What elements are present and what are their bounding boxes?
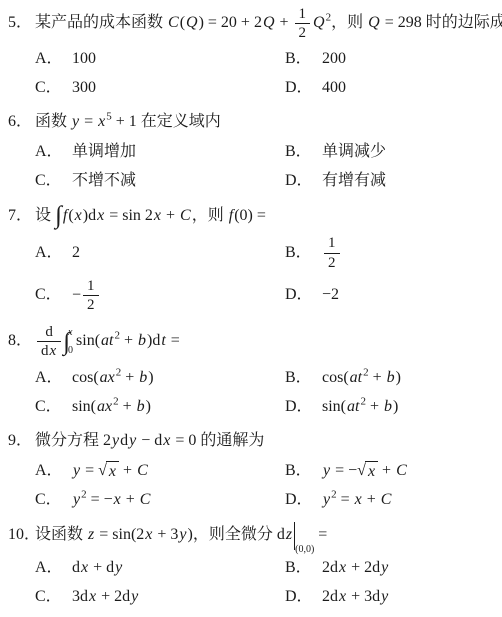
math-text: + 1 在定义域内 bbox=[112, 113, 221, 130]
math-variable: b bbox=[136, 398, 146, 415]
option-content: 2 bbox=[72, 242, 80, 264]
option-row: A． 2 bbox=[35, 235, 285, 270]
square-root: √x bbox=[357, 461, 378, 481]
math-text: + d bbox=[89, 559, 114, 576]
math-text: 2 bbox=[72, 244, 80, 261]
fraction-denominator: 2 bbox=[83, 296, 99, 313]
option-label: D． bbox=[285, 284, 322, 306]
option-row: D． 2dx + 3dy bbox=[285, 586, 494, 608]
option-grid: A． dx + dy B． 2dx + 2dy C． 3dx + 2dy D． … bbox=[35, 557, 494, 608]
math-variable: at bbox=[100, 332, 114, 349]
math-text: ，则 bbox=[192, 207, 228, 224]
math-text: + bbox=[378, 462, 395, 479]
question-number: 5． bbox=[8, 11, 35, 35]
option-label: B． bbox=[285, 48, 322, 70]
question-stem: 设函数 z = sin(2x + 3y)，则全微分 dz(0,0) = bbox=[35, 526, 327, 543]
math-text: (0) = bbox=[234, 207, 266, 224]
integral-limits: x0 bbox=[68, 328, 73, 356]
option-row: B． y = −√x + C bbox=[285, 460, 494, 482]
math-text: 400 bbox=[322, 79, 346, 96]
math-text: sin( bbox=[76, 332, 100, 349]
option-content: y2 = −x + C bbox=[72, 489, 151, 511]
option-content: sin(at2 + b) bbox=[322, 396, 398, 418]
option-row: B． cos(at2 + b) bbox=[285, 367, 494, 389]
math-variable: b bbox=[137, 332, 147, 349]
math-variable: y bbox=[178, 526, 187, 543]
question-block: 9．微分方程 2ydy − dx = 0 的通解为 A． y = √x + C … bbox=[8, 429, 494, 511]
math-variable: y bbox=[380, 588, 389, 605]
math-text: + bbox=[369, 369, 386, 386]
math-text: = sin 2 bbox=[105, 207, 153, 224]
option-row: B． 2dx + 2dy bbox=[285, 557, 494, 579]
math-variable: x bbox=[113, 491, 122, 508]
math-text: sin( bbox=[322, 398, 346, 415]
math-variable: C bbox=[395, 462, 408, 479]
math-variable: x bbox=[49, 343, 58, 359]
option-row: D． 400 bbox=[285, 77, 494, 99]
math-text: + 2d bbox=[347, 559, 380, 576]
math-text: d bbox=[41, 343, 49, 359]
option-content: 2dx + 3dy bbox=[322, 586, 389, 608]
math-text: + bbox=[363, 491, 380, 508]
math-variable: Q bbox=[262, 14, 276, 31]
option-row: D． 有增有减 bbox=[285, 170, 494, 192]
math-variable: y bbox=[114, 559, 123, 576]
question-stem-row: 6．函数 y = x5 + 1 在定义域内 bbox=[8, 110, 494, 134]
option-content: dx + dy bbox=[72, 557, 123, 579]
math-text: 1 bbox=[87, 278, 95, 294]
math-variable: b bbox=[386, 369, 396, 386]
question-stem-row: 10．设函数 z = sin(2x + 3y)，则全微分 dz(0,0) = bbox=[8, 522, 494, 550]
fraction-denominator: 2 bbox=[295, 24, 311, 41]
option-content: 不增不减 bbox=[72, 170, 136, 192]
math-text: 3d bbox=[72, 588, 88, 605]
fraction-numerator: 1 bbox=[83, 278, 99, 296]
question-number: 10． bbox=[8, 523, 35, 547]
math-fraction: 12 bbox=[83, 278, 99, 313]
math-text: 200 bbox=[322, 50, 346, 67]
math-variable: x bbox=[108, 463, 117, 480]
question-stem: 微分方程 2ydy − dx = 0 的通解为 bbox=[35, 432, 264, 449]
square-root: √x bbox=[98, 461, 119, 481]
option-row: A． 100 bbox=[35, 48, 285, 70]
fraction-denominator: 2 bbox=[324, 254, 340, 271]
option-row: A． dx + dy bbox=[35, 557, 285, 579]
math-variable: y bbox=[72, 491, 81, 508]
option-content: 3dx + 2dy bbox=[72, 586, 139, 608]
math-variable: Q bbox=[312, 14, 326, 31]
option-label: D． bbox=[285, 586, 322, 608]
option-content: 12 bbox=[322, 235, 342, 270]
math-variable: C bbox=[136, 462, 149, 479]
option-label: A． bbox=[35, 141, 72, 163]
math-variable: x bbox=[338, 588, 347, 605]
option-label: B． bbox=[285, 367, 322, 389]
option-row: C． 不增不减 bbox=[35, 170, 285, 192]
math-text: 设函数 bbox=[35, 526, 87, 543]
option-label: D． bbox=[285, 170, 322, 192]
option-grid: A． 100 B． 200 C． 300 D． 400 bbox=[35, 48, 494, 99]
math-text: 2d bbox=[322, 559, 338, 576]
option-row: A． y = √x + C bbox=[35, 460, 285, 482]
math-text: cos( bbox=[322, 369, 349, 386]
math-variable: z bbox=[87, 526, 95, 543]
radicand: x bbox=[365, 461, 378, 481]
question-block: 5．某产品的成本函数 C(Q) = 20 + 2Q + 12Q2，则 Q = 2… bbox=[8, 6, 494, 99]
math-text: ) bbox=[148, 369, 153, 386]
math-variable: b bbox=[138, 369, 148, 386]
math-text: − d bbox=[137, 432, 162, 449]
math-text: sin( bbox=[72, 398, 96, 415]
option-row: C． −12 bbox=[35, 278, 285, 313]
math-variable: x bbox=[162, 432, 171, 449]
math-text: + bbox=[121, 369, 138, 386]
math-text: )d bbox=[147, 332, 160, 349]
option-content: 400 bbox=[322, 77, 346, 99]
option-label: B． bbox=[285, 242, 322, 264]
fraction-numerator: 1 bbox=[324, 235, 340, 253]
option-label: A． bbox=[35, 48, 72, 70]
integral-upper-limit: x bbox=[68, 328, 73, 338]
math-text: + bbox=[276, 14, 293, 31]
option-label: B． bbox=[285, 460, 322, 482]
option-content: −2 bbox=[322, 284, 339, 306]
option-label: C． bbox=[35, 170, 72, 192]
question-block: 10．设函数 z = sin(2x + 3y)，则全微分 dz(0,0) = A… bbox=[8, 522, 494, 608]
option-row: A． cos(ax2 + b) bbox=[35, 367, 285, 389]
question-number: 7． bbox=[8, 204, 35, 228]
math-text: 微分方程 2 bbox=[35, 432, 111, 449]
math-text: + bbox=[119, 462, 136, 479]
math-text: + bbox=[122, 491, 139, 508]
math-variable: y bbox=[130, 588, 139, 605]
option-label: C． bbox=[35, 77, 72, 99]
question-stem-row: 9．微分方程 2ydy − dx = 0 的通解为 bbox=[8, 429, 494, 453]
math-text: 1 bbox=[328, 235, 336, 251]
question-stem: 某产品的成本函数 C(Q) = 20 + 2Q + 12Q2，则 Q = 298… bbox=[35, 14, 502, 31]
option-content: 300 bbox=[72, 77, 96, 99]
math-text: + 3 bbox=[153, 526, 178, 543]
math-text: 单调增加 bbox=[72, 143, 136, 160]
math-text: + bbox=[120, 332, 137, 349]
option-label: C． bbox=[35, 396, 72, 418]
question-number: 6． bbox=[8, 110, 35, 134]
option-content: y = √x + C bbox=[72, 460, 149, 482]
math-text: = 298 时的边际成本为 bbox=[381, 14, 502, 31]
math-variable: at bbox=[349, 369, 363, 386]
option-row: B． 200 bbox=[285, 48, 494, 70]
math-text: = bbox=[314, 526, 327, 543]
option-row: C． 3dx + 2dy bbox=[35, 586, 285, 608]
math-variable: y bbox=[72, 462, 81, 479]
question-stem-row: 5．某产品的成本函数 C(Q) = 20 + 2Q + 12Q2，则 Q = 2… bbox=[8, 6, 494, 41]
math-variable: x bbox=[74, 207, 83, 224]
math-text: 2d bbox=[322, 588, 338, 605]
math-variable: y bbox=[322, 491, 331, 508]
math-variable: y bbox=[128, 432, 137, 449]
math-text: = 0 的通解为 bbox=[171, 432, 264, 449]
math-variable: b bbox=[383, 398, 393, 415]
option-label: C． bbox=[35, 284, 72, 306]
option-grid: A． 2 B． 12 C． −12 D． −2 bbox=[35, 235, 494, 313]
math-text: 不增不减 bbox=[72, 172, 136, 189]
math-text: 有增有减 bbox=[322, 172, 386, 189]
option-label: D． bbox=[285, 489, 322, 511]
math-text: 1 bbox=[299, 6, 307, 22]
math-variable: C bbox=[179, 207, 192, 224]
math-text: = bbox=[81, 462, 98, 479]
math-variable: at bbox=[346, 398, 360, 415]
math-fraction: 12 bbox=[295, 6, 311, 41]
option-content: y = −√x + C bbox=[322, 460, 408, 482]
math-text: d bbox=[72, 559, 80, 576]
math-text: = bbox=[80, 113, 97, 130]
option-label: C． bbox=[35, 586, 72, 608]
exam-page: { "page": { "background": "#ffffff", "te… bbox=[0, 0, 502, 617]
option-content: 有增有减 bbox=[322, 170, 386, 192]
math-text: + 3d bbox=[347, 588, 380, 605]
question-number: 8． bbox=[8, 329, 35, 353]
math-text: cos( bbox=[72, 369, 99, 386]
option-row: A． 单调增加 bbox=[35, 141, 285, 163]
math-text: 100 bbox=[72, 50, 96, 67]
option-row: C． 300 bbox=[35, 77, 285, 99]
question-list: 5．某产品的成本函数 C(Q) = 20 + 2Q + 12Q2，则 Q = 2… bbox=[8, 6, 494, 608]
math-text: − bbox=[72, 286, 81, 303]
option-grid: A． y = √x + C B． y = −√x + C C． y2 = −x … bbox=[35, 460, 494, 511]
integral-lower-limit: 0 bbox=[68, 346, 73, 356]
math-text: 函数 bbox=[35, 113, 71, 130]
option-content: 100 bbox=[72, 48, 96, 70]
math-variable: Q bbox=[185, 14, 199, 31]
math-variable: C bbox=[139, 491, 152, 508]
math-text: 单调减少 bbox=[322, 143, 386, 160]
math-text: = bbox=[167, 332, 180, 349]
option-content: cos(at2 + b) bbox=[322, 367, 401, 389]
math-variable: y bbox=[380, 559, 389, 576]
math-variable: C bbox=[380, 491, 393, 508]
math-text: + bbox=[119, 398, 136, 415]
option-content: 200 bbox=[322, 48, 346, 70]
option-label: D． bbox=[285, 77, 322, 99]
option-row: C． y2 = −x + C bbox=[35, 489, 285, 511]
math-text: + bbox=[366, 398, 383, 415]
math-text: = bbox=[337, 491, 354, 508]
option-row: D． sin(at2 + b) bbox=[285, 396, 494, 418]
math-text: 2 bbox=[87, 297, 95, 313]
question-block: 8．ddx∫x0sin(at2 + b)dt = A． cos(ax2 + b)… bbox=[8, 324, 494, 417]
math-text: = sin(2 bbox=[95, 526, 144, 543]
math-text: 2 bbox=[299, 25, 307, 41]
option-content: −12 bbox=[72, 278, 101, 313]
option-label: A． bbox=[35, 367, 72, 389]
math-variable: x bbox=[354, 491, 363, 508]
option-label: B． bbox=[285, 141, 322, 163]
option-content: y2 = x + C bbox=[322, 489, 392, 511]
math-text: 某产品的成本函数 bbox=[35, 14, 167, 31]
option-grid: A． cos(ax2 + b) B． cos(at2 + b) C． sin(a… bbox=[35, 367, 494, 418]
math-text: ) bbox=[396, 369, 401, 386]
math-text: d bbox=[120, 432, 128, 449]
option-row: B． 12 bbox=[285, 235, 494, 270]
math-variable: x bbox=[338, 559, 347, 576]
option-grid: A． 单调增加 B． 单调减少 C． 不增不减 D． 有增有减 bbox=[35, 141, 494, 192]
math-fraction: 12 bbox=[324, 235, 340, 270]
math-text: )，则全微分 d bbox=[188, 526, 285, 543]
math-variable: y bbox=[111, 432, 120, 449]
question-stem: ddx∫x0sin(at2 + b)dt = bbox=[35, 332, 180, 349]
option-label: A． bbox=[35, 460, 72, 482]
math-variable: x bbox=[88, 588, 97, 605]
option-content: 单调减少 bbox=[322, 141, 386, 163]
math-text: ) = 20 + 2 bbox=[199, 14, 262, 31]
math-text: ，则 bbox=[331, 14, 367, 31]
math-text: = − bbox=[331, 462, 357, 479]
option-label: D． bbox=[285, 396, 322, 418]
math-variable: x bbox=[80, 559, 89, 576]
math-variable: x bbox=[153, 207, 162, 224]
math-text: d bbox=[45, 324, 53, 340]
math-variable: y bbox=[71, 113, 80, 130]
integral-sign: ∫ bbox=[55, 203, 62, 228]
integral-sign: ∫x0 bbox=[63, 328, 76, 356]
option-row: B． 单调减少 bbox=[285, 141, 494, 163]
option-content: 2dx + 2dy bbox=[322, 557, 389, 579]
option-label: C． bbox=[35, 489, 72, 511]
evaluation-point: (0,0) bbox=[295, 544, 314, 555]
question-stem-row: 8．ddx∫x0sin(at2 + b)dt = bbox=[8, 324, 494, 359]
math-variable: ax bbox=[96, 398, 113, 415]
math-text: 300 bbox=[72, 79, 96, 96]
question-stem: 设 ∫f(x)dx = sin 2x + C，则 f(0) = bbox=[35, 207, 266, 224]
math-variable: C bbox=[167, 14, 180, 31]
option-label: A． bbox=[35, 557, 72, 579]
math-variable: x bbox=[96, 207, 105, 224]
question-block: 7．设 ∫f(x)dx = sin 2x + C，则 f(0) = A． 2 B… bbox=[8, 203, 494, 313]
math-text: ) bbox=[393, 398, 398, 415]
math-fraction: ddx bbox=[37, 324, 61, 359]
math-variable: x bbox=[97, 113, 106, 130]
math-text: ) bbox=[146, 398, 151, 415]
option-row: C． sin(ax2 + b) bbox=[35, 396, 285, 418]
question-number: 9． bbox=[8, 429, 35, 453]
option-row: D． y2 = x + C bbox=[285, 489, 494, 511]
option-label: B． bbox=[285, 557, 322, 579]
math-variable: Q bbox=[367, 14, 381, 31]
math-text: = − bbox=[87, 491, 113, 508]
question-block: 6．函数 y = x5 + 1 在定义域内 A． 单调增加 B． 单调减少 C．… bbox=[8, 110, 494, 192]
question-stem-row: 7．设 ∫f(x)dx = sin 2x + C，则 f(0) = bbox=[8, 203, 494, 228]
math-variable: z bbox=[285, 526, 293, 543]
math-variable: ax bbox=[99, 369, 116, 386]
math-text: −2 bbox=[322, 286, 339, 303]
option-row: D． −2 bbox=[285, 278, 494, 313]
fraction-numerator: d bbox=[37, 324, 61, 342]
math-text: + bbox=[162, 207, 179, 224]
option-content: 单调增加 bbox=[72, 141, 136, 163]
math-text: ( bbox=[68, 207, 73, 224]
math-variable: y bbox=[322, 462, 331, 479]
math-text: + 2d bbox=[97, 588, 130, 605]
fraction-denominator: dx bbox=[37, 342, 61, 359]
option-content: cos(ax2 + b) bbox=[72, 367, 154, 389]
evaluation-bar: (0,0) bbox=[294, 522, 314, 550]
math-variable: x bbox=[367, 463, 376, 480]
fraction-numerator: 1 bbox=[295, 6, 311, 24]
math-text: )d bbox=[83, 207, 96, 224]
option-content: sin(ax2 + b) bbox=[72, 396, 151, 418]
integral-glyph: ∫ bbox=[55, 202, 62, 229]
question-stem: 函数 y = x5 + 1 在定义域内 bbox=[35, 113, 221, 130]
math-text: 设 bbox=[35, 207, 55, 224]
radicand: x bbox=[106, 461, 119, 481]
math-text: 2 bbox=[328, 255, 336, 271]
option-label: A． bbox=[35, 242, 72, 264]
